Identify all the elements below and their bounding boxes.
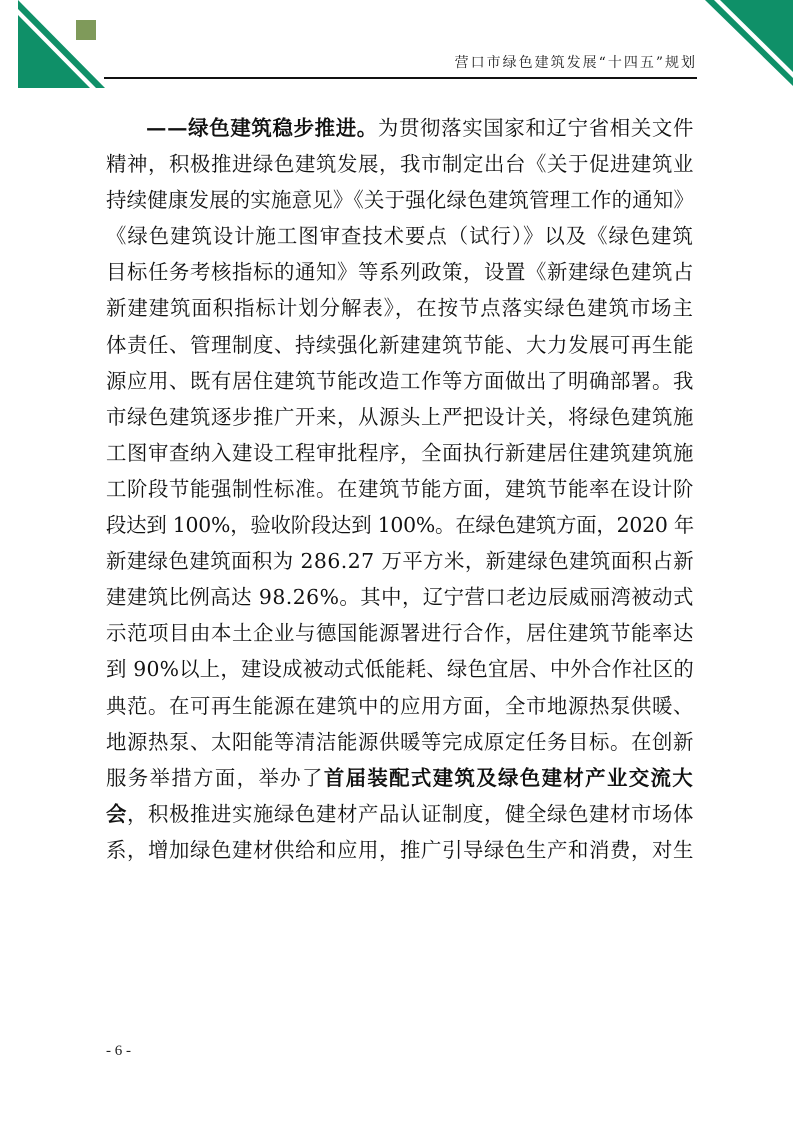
- text-segment: 精神，积极推进绿色建筑发展，我市制定出台《关于促进建筑业: [106, 152, 694, 176]
- text-segment: 服务举措方面，举办了: [106, 766, 324, 790]
- text-line: 到 90%以上，建设成被动式低能耗、绿色宜居、中外合作社区的: [106, 651, 694, 687]
- text-segment: 将绿色建筑施: [568, 405, 694, 429]
- text-segment: 到 90%以上，建设成被动式低能耗、绿色宜居、中外合作社区的: [106, 657, 694, 681]
- olive-square-icon: [76, 20, 96, 40]
- header-rule: [104, 77, 697, 79]
- text-line: 体责任、管理制度、持续强化新建建筑节能、大力发展可再生能: [106, 327, 694, 363]
- text-line: 工图审查纳入建设工程审批程序，全面执行新建居住建筑建筑施: [106, 435, 694, 471]
- text-segment: 段达到 100%，验收阶段达到 100%。在绿色建筑方面，2020 年: [106, 513, 694, 537]
- text-segment: 系，增加绿色建材供给和应用，推广引导绿色生产和消费，对生: [106, 838, 694, 862]
- text-segment: ，积极推进实施绿色建材产品认证制度，健全绿色建材市场体: [127, 802, 694, 826]
- text-line: 典范。在可再生能源在建筑中的应用方面，全市地源热泵供暖、: [106, 688, 694, 724]
- text-line: 市绿色建筑逐步推广开来，从源头上严把设计关，将绿色建筑施: [106, 399, 694, 435]
- right-corner-triangle: [720, 0, 793, 72]
- text-line: 示范项目由本土企业与德国能源署进行合作，居住建筑节能率达: [106, 615, 694, 651]
- text-line: 段达到 100%，验收阶段达到 100%。在绿色建筑方面，2020 年: [106, 507, 694, 543]
- text-line: 精神，积极推进绿色建筑发展，我市制定出台《关于促进建筑业: [106, 146, 694, 182]
- text-line: 源应用、既有居住建筑节能改造工作等方面做出了明确部署。我: [106, 363, 694, 399]
- text-segment: 新建建筑面积指标计划分解表》，在按节点: [106, 296, 502, 320]
- text-line: 会，积极推进实施绿色建材产品认证制度，健全绿色建材市场体: [106, 796, 694, 832]
- text-segment: 工图审查纳入建设工程审批程序，全面执行新建居住建筑建筑施: [106, 441, 694, 465]
- section-lead-heading: ——绿色建筑稳步推进。: [146, 116, 378, 140]
- text-segment: 《新建绿色建筑占: [526, 260, 694, 284]
- body-paragraph: ——绿色建筑稳步推进。为贯彻落实国家和辽宁省相关文件精神，积极推进绿色建筑发展，…: [106, 110, 694, 868]
- text-segment: 持续健康发展的实施意见》《关于强化绿色建筑管理工作的通知》: [106, 188, 694, 212]
- text-segment: 市绿色建筑逐步推广开来，从源头上严把设计关，: [106, 405, 568, 429]
- text-segment: 为贯彻落实国家和辽宁省相关文件: [378, 116, 694, 140]
- text-line: 服务举措方面，举办了首届装配式建筑及绿色建材产业交流大: [106, 760, 694, 796]
- text-segment: 目标任务考核指标的通知》等系列政策，设置: [106, 260, 526, 284]
- text-segment: 《绿色建筑设计施工图审查技术要点（试行）》以及《绿色建筑: [106, 224, 694, 248]
- text-segment: 建建筑比例高达 98.26%。其中，辽宁营口老边辰威丽湾被动式: [106, 585, 694, 609]
- text-segment: 典范。在可再生能源在建筑中的应用方面，全市地源热泵供暖、: [106, 694, 694, 718]
- text-line: 建建筑比例高达 98.26%。其中，辽宁营口老边辰威丽湾被动式: [106, 579, 694, 615]
- page-number: - 6 -: [106, 1043, 131, 1060]
- text-line: 工阶段节能强制性标准。在建筑节能方面，建筑节能率在设计阶: [106, 471, 694, 507]
- text-segment: 落实绿色建筑市场主: [502, 296, 694, 320]
- text-line: 目标任务考核指标的通知》等系列政策，设置《新建绿色建筑占: [106, 254, 694, 290]
- text-segment: 地源热泵、太阳能等清洁能源供暖等完成原定任务目标。在创新: [106, 730, 694, 754]
- emphasis-text: 会: [106, 802, 127, 826]
- text-line: 《绿色建筑设计施工图审查技术要点（试行）》以及《绿色建筑: [106, 218, 694, 254]
- text-segment: 体责任、管理制度、持续强化新建建筑节能、大力发展可再生能: [106, 333, 694, 357]
- text-line: 新建建筑面积指标计划分解表》，在按节点落实绿色建筑市场主: [106, 290, 694, 326]
- text-line: 持续健康发展的实施意见》《关于强化绿色建筑管理工作的通知》: [106, 182, 694, 218]
- text-segment: 示范项目由本土企业与德国能源署进行合作，居住建筑节能率达: [106, 621, 694, 645]
- text-line: 新建绿色建筑面积为 286.27 万平方米，新建绿色建筑面积占新: [106, 543, 694, 579]
- emphasis-text: 首届装配式建筑及绿色建材产业交流大: [324, 766, 694, 790]
- text-line: ——绿色建筑稳步推进。为贯彻落实国家和辽宁省相关文件: [106, 110, 694, 146]
- text-segment: 新建绿色建筑面积为 286.27 万平方米，新建绿色建筑面积占新: [106, 549, 694, 573]
- text-line: 地源热泵、太阳能等清洁能源供暖等完成原定任务目标。在创新: [106, 724, 694, 760]
- text-segment: 工阶段节能强制性标准。在建筑节能方面，建筑节能率在设计阶: [106, 477, 694, 501]
- text-line: 系，增加绿色建材供给和应用，推广引导绿色生产和消费，对生: [106, 832, 694, 868]
- running-header-title: 营口市绿色建筑发展“十四五”规划: [455, 52, 697, 72]
- text-segment: 源应用、既有居住建筑节能改造工作等方面做出了明确部署。我: [106, 369, 694, 393]
